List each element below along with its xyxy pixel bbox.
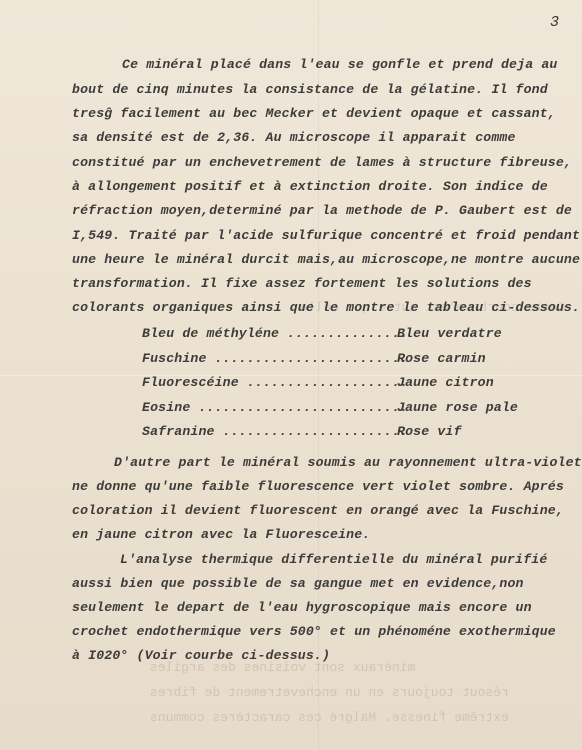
text-line: crochet endothermique vers 500° et un ph… xyxy=(72,624,556,639)
text-line: L'analyse thermique differentielle du mi… xyxy=(120,552,547,567)
stain-row: Safranine ....................... xyxy=(142,424,408,439)
bleed-through-text: résout toujours en un enchevetrement de … xyxy=(150,685,509,700)
text-line: transformation. Il fixe assez fortement … xyxy=(72,276,532,291)
text-line: constitué par un enchevetrement de lames… xyxy=(72,155,572,170)
text-line: colorants organiques ainsi que le montre… xyxy=(72,300,580,315)
stain-name: Fuschine xyxy=(142,351,207,366)
text-line: aussi bien que possible de sa gangue met… xyxy=(72,576,524,591)
text-line: une heure le minéral durcit mais,au micr… xyxy=(72,252,580,267)
text-line: à I020° (Voir courbe ci-dessus.) xyxy=(72,648,330,663)
text-line: sa densité est de 2,36. Au microscope il… xyxy=(72,130,516,145)
stain-row: Eosine .......................... xyxy=(142,400,408,415)
text-line: en jaune citron avec la Fluoresceine. xyxy=(72,527,370,542)
text-line: tresĝ facilement au bec Mecker et devien… xyxy=(72,106,556,121)
text-line: I,549. Traité par l'acide sulfurique con… xyxy=(72,228,580,243)
leader-dots: .......................... xyxy=(190,400,408,415)
bleed-through-text: extrême finesse. Malgré ces caractères c… xyxy=(150,710,509,725)
text-line: à allongement positif et à extinction dr… xyxy=(72,179,548,194)
text-line: coloration il devient fluorescent en ora… xyxy=(72,503,564,518)
stain-name: Fluorescéine xyxy=(142,375,239,390)
page-number: 3 xyxy=(550,14,559,31)
stain-color: Bleu verdatre xyxy=(397,326,502,341)
typed-document-page: Cette courbe n'est autre que celle minér… xyxy=(0,0,582,750)
leader-dots: ........................ xyxy=(207,351,409,366)
stain-row: Fluorescéine .................... xyxy=(142,375,408,390)
leader-dots: ............... xyxy=(279,326,408,341)
stain-name: Bleu de méthyléne xyxy=(142,326,279,341)
stain-name: Safranine xyxy=(142,424,215,439)
stain-color: Jaune rose pale xyxy=(397,400,518,415)
text-line: Ce minéral placé dans l'eau se gonfle et… xyxy=(122,57,557,72)
leader-dots: .................... xyxy=(239,375,408,390)
text-line: ne donne qu'une faible fluorescence vert… xyxy=(72,479,564,494)
stain-name: Eosine xyxy=(142,400,190,415)
leader-dots: ....................... xyxy=(215,424,409,439)
stain-color: Jaune citron xyxy=(397,375,494,390)
text-line: seulement le depart de l'eau hygroscopiq… xyxy=(72,600,532,615)
text-line: réfraction moyen,determiné par la method… xyxy=(72,203,572,218)
text-line: bout de cinq minutes la consistance de l… xyxy=(72,82,548,97)
stain-color: Rose vif xyxy=(397,424,462,439)
stain-color: Rose carmin xyxy=(397,351,486,366)
stain-row: Fuschine ........................ xyxy=(142,351,408,366)
stain-row: Bleu de méthyléne ............... xyxy=(142,326,408,341)
text-line: D'autre part le minéral soumis au rayonn… xyxy=(114,455,582,470)
